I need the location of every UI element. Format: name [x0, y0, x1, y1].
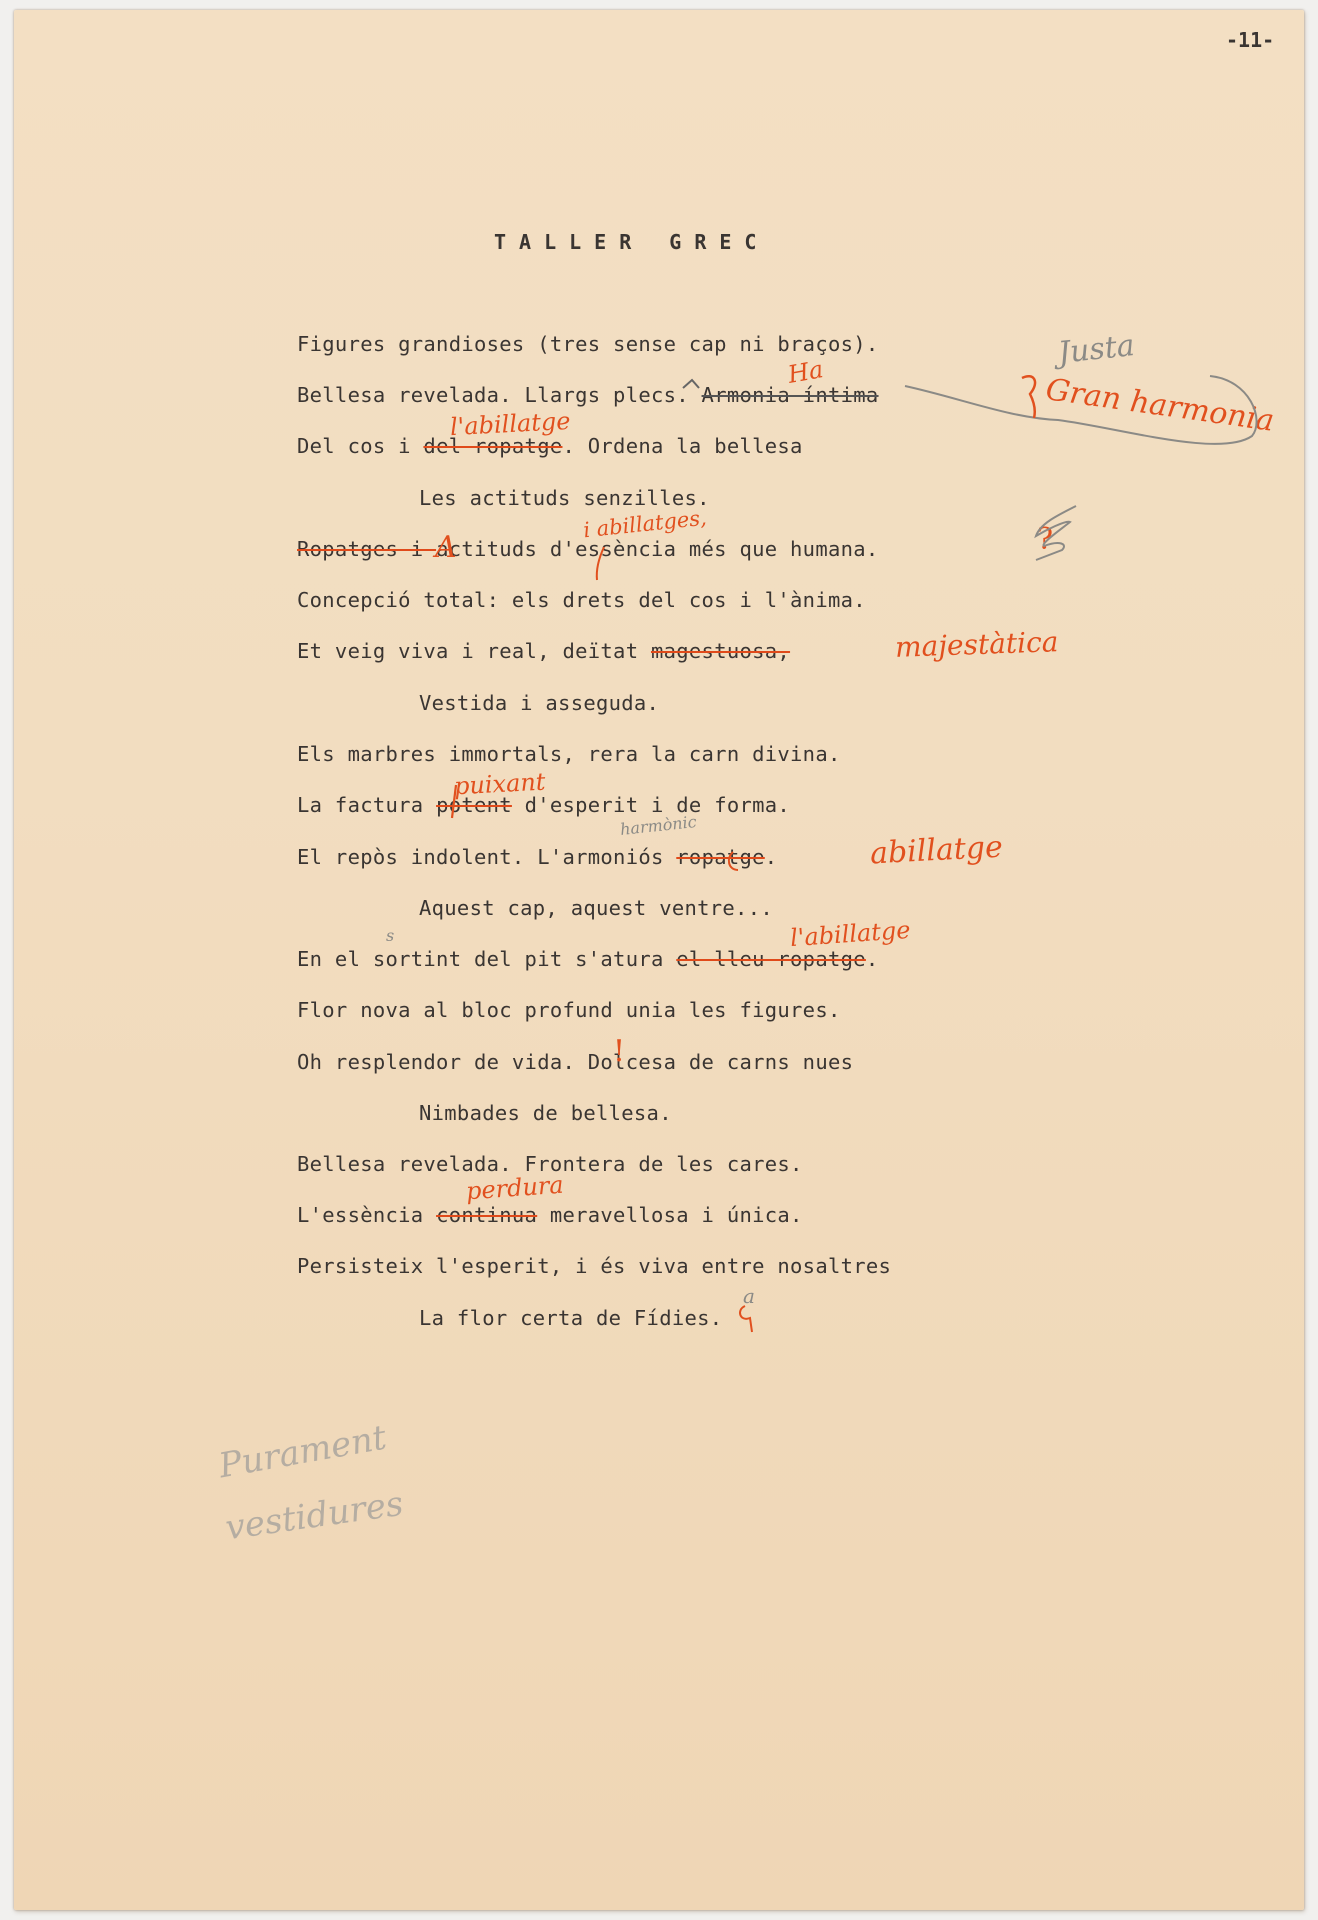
pencil-scribble — [1036, 506, 1076, 560]
red-q-mark — [740, 1306, 752, 1332]
pencil-oval-loop — [905, 376, 1257, 444]
red-bracket-mark — [1022, 376, 1035, 418]
red-insert-mark — [597, 547, 604, 580]
red-bracket-potent — [452, 785, 456, 818]
annotation-marks — [0, 0, 1318, 1920]
pencil-caret — [683, 380, 699, 388]
red-c-mark — [729, 852, 738, 870]
